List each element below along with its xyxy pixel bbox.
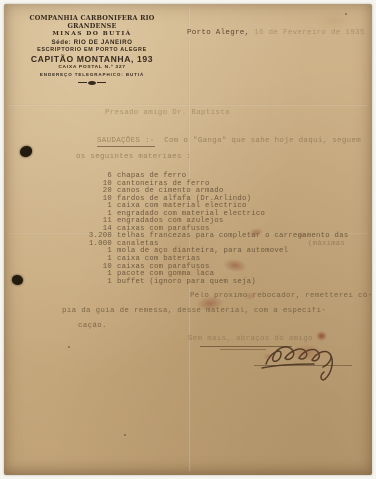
company-headquarters: Séde: RIO DE JANEIRO	[28, 39, 156, 47]
date-city: Porto Alegre,	[187, 29, 249, 37]
paper-sheet: COMPANHIA CARBONIFERA RIO GRANDENSE MINA…	[4, 4, 372, 475]
scanned-letter: COMPANHIA CARBONIFERA RIO GRANDENSE MINA…	[0, 0, 376, 479]
stain	[316, 331, 327, 341]
speck	[68, 346, 70, 348]
intro-line-1: SAUDAÇÕES :- Com o "Ganga" que sahe hoje…	[97, 137, 361, 145]
speck	[124, 434, 126, 436]
date-value: 16 de Fevereiro de 1935	[249, 29, 364, 37]
company-office: ESCRIPTORIO EM PORTO ALEGRE	[28, 47, 156, 54]
closing-line-2: pia da guia de remessa, desse material, …	[62, 307, 326, 315]
stain	[262, 353, 276, 360]
stain	[297, 232, 307, 238]
letterhead-ornament-icon	[77, 80, 107, 85]
hole-punch-top	[20, 146, 32, 157]
stain	[290, 344, 324, 362]
company-telegraph: ENDEREÇO TELEGRAPHICO: BUTIÁ	[28, 72, 156, 79]
letterhead: COMPANHIA CARBONIFERA RIO GRANDENSE MINA…	[28, 14, 156, 85]
company-name: COMPANHIA CARBONIFERA RIO GRANDENSE	[28, 14, 156, 30]
company-division: MINAS DO BUTIÁ	[28, 30, 156, 38]
salutation: Presado amigo Dr. Baptista	[105, 109, 230, 117]
speck	[345, 13, 347, 15]
closing-line-3: cação.	[78, 322, 107, 330]
list-item: 6chapas de ferro	[8, 172, 372, 180]
stain	[244, 292, 256, 300]
intro-keyword: SAUDAÇÕES :-	[97, 137, 155, 147]
intro-rest: Com o "Ganga" que sahe hoje daqui, segue…	[155, 137, 361, 145]
stain	[134, 184, 224, 304]
stain	[314, 10, 354, 32]
item-qty: 1	[8, 278, 112, 286]
hole-punch-bottom	[12, 275, 23, 285]
company-address: CAPITÃO MONTANHA, 193	[28, 54, 156, 65]
horizontal-fold-crease	[8, 104, 368, 107]
intro-line-2: os seguintes materiaes :	[76, 153, 191, 161]
